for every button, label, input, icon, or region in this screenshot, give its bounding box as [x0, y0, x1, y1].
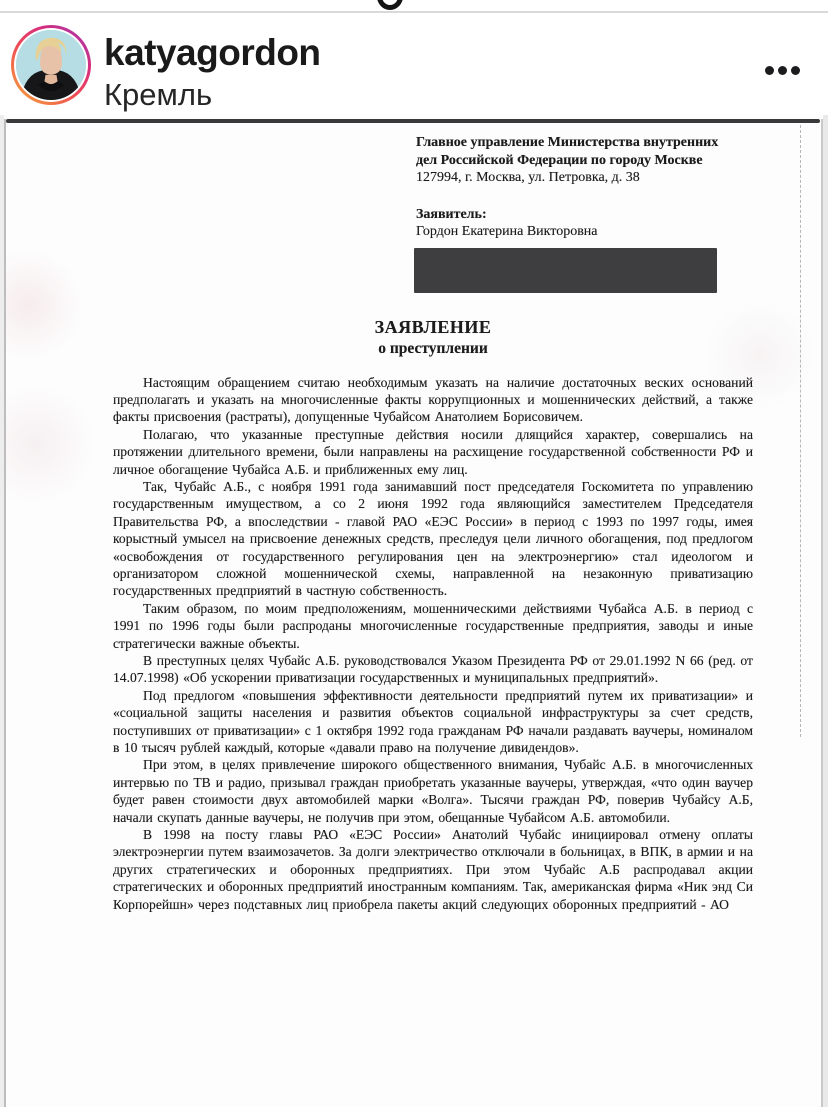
post-header: katyagordon Кремль	[0, 13, 828, 115]
more-options-icon	[765, 66, 774, 75]
post-image-document-scan[interactable]: Главное управление Министерства внутренн…	[0, 115, 828, 1107]
document-paragraph: В 1998 на посту главы РАО «ЕЭС России» А…	[113, 826, 753, 913]
document-content: Главное управление Министерства внутренн…	[113, 115, 753, 913]
more-options-button[interactable]	[765, 66, 800, 75]
document-paragraph: Таким образом, по моим предположениям, м…	[113, 600, 753, 652]
scan-edge-right	[821, 119, 823, 1107]
more-options-icon	[778, 66, 787, 75]
applicant-label: Заявитель:	[416, 206, 738, 224]
profile-photo	[16, 30, 86, 100]
redacted-block	[414, 248, 717, 293]
applicant-name: Гордон Екатерина Викторовна	[416, 223, 738, 241]
document-body: Настоящим обращением считаю необходимым …	[113, 374, 753, 914]
cropped-letter-glyph	[377, 0, 403, 10]
document-paragraph: Так, Чубайс А.Б., с ноября 1991 года зан…	[113, 478, 753, 600]
scan-edge-left	[4, 119, 6, 1107]
document-title: ЗАЯВЛЕНИЕ	[113, 317, 753, 338]
instagram-post-view: katyagordon Кремль Главное управление Ми…	[0, 0, 828, 1107]
document-paragraph: Под предлогом «повышения эффективности д…	[113, 687, 753, 757]
avatar[interactable]	[11, 25, 91, 105]
more-options-icon	[791, 66, 800, 75]
document-paragraph: Полагаю, что указанные преступные действ…	[113, 426, 753, 478]
username[interactable]: katyagordon	[104, 32, 321, 74]
scan-margin-right	[823, 115, 828, 1107]
document-subtitle: о преступлении	[113, 340, 753, 358]
document-paragraph: При этом, в целях привлечение широкого о…	[113, 756, 753, 826]
document-paragraph: В преступных целях Чубайс А.Б. руководст…	[113, 652, 753, 687]
recipient-address: 127994, г. Москва, ул. Петровка, д. 38	[416, 169, 738, 187]
recipient-block: Главное управление Министерства внутренн…	[416, 134, 738, 241]
profile-photo-illustration	[16, 30, 86, 100]
location-link[interactable]: Кремль	[104, 77, 212, 113]
scan-fold-line	[800, 125, 801, 737]
avatar-ring-gap	[14, 28, 88, 102]
recipient-authority: Главное управление Министерства внутренн…	[416, 134, 738, 169]
document-paragraph: Настоящим обращением считаю необходимым …	[113, 374, 753, 426]
